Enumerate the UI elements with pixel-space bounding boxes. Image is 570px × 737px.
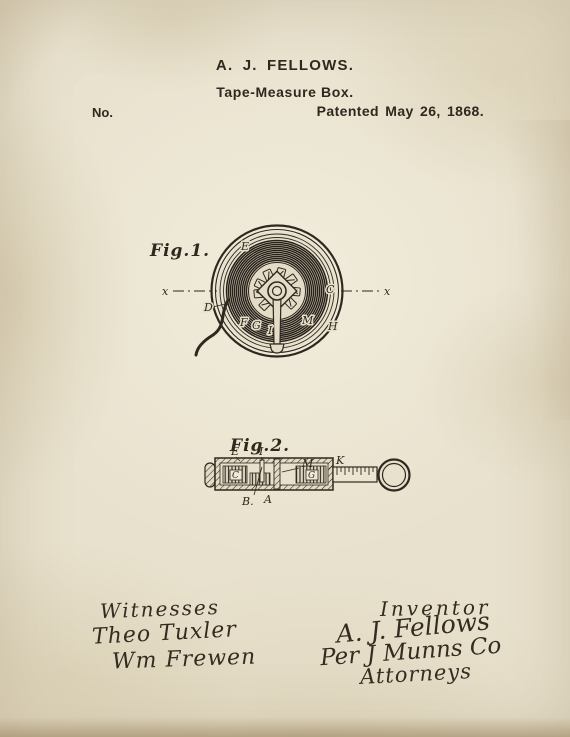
inventor-name-heading: A. J. FELLOWS.	[0, 57, 570, 74]
part-label-e2: E	[230, 445, 239, 458]
patent-title: Tape-Measure Box.	[0, 84, 570, 100]
part-label-g2: G	[308, 471, 315, 481]
figure-2-drawing: Fig.2.	[180, 427, 420, 522]
part-label-m2: M	[301, 457, 314, 470]
tape-ring	[377, 460, 410, 491]
tape-blade	[333, 467, 377, 482]
attorneys-line: Attorneys	[359, 659, 472, 689]
section-mark-right: x	[384, 285, 391, 298]
part-label-e: E	[240, 240, 249, 253]
figure-1-drawing: Fig.1. x x	[140, 222, 410, 382]
part-label-g: G	[252, 319, 261, 332]
part-label-m: M	[301, 314, 314, 327]
part-label-c2: C	[232, 471, 239, 481]
paper-crease	[0, 0, 190, 150]
patent-page: A. J. FELLOWS. Tape-Measure Box. No. Pat…	[0, 0, 570, 737]
paper-crease	[430, 120, 570, 420]
part-label-d: D	[203, 301, 213, 314]
figure-1-caption: Fig.1.	[149, 241, 210, 261]
part-label-i2: I	[258, 445, 264, 458]
part-label-c: C	[326, 283, 335, 296]
part-label-f: F	[239, 316, 248, 329]
part-label-h: H	[327, 320, 338, 333]
end-cap	[205, 463, 215, 487]
witness-signature: Wm Frewen	[112, 644, 257, 674]
patent-date: Patented May 26, 1868.	[317, 103, 484, 119]
part-label-i: I	[267, 324, 273, 337]
part-label-k2: K	[335, 454, 345, 467]
divider	[274, 459, 280, 489]
section-mark-left: x	[162, 285, 169, 298]
part-label-b2: B.	[241, 495, 254, 508]
part-label-a2: A	[263, 493, 272, 506]
patent-number-label: No.	[92, 105, 113, 120]
center-hub	[268, 282, 286, 300]
